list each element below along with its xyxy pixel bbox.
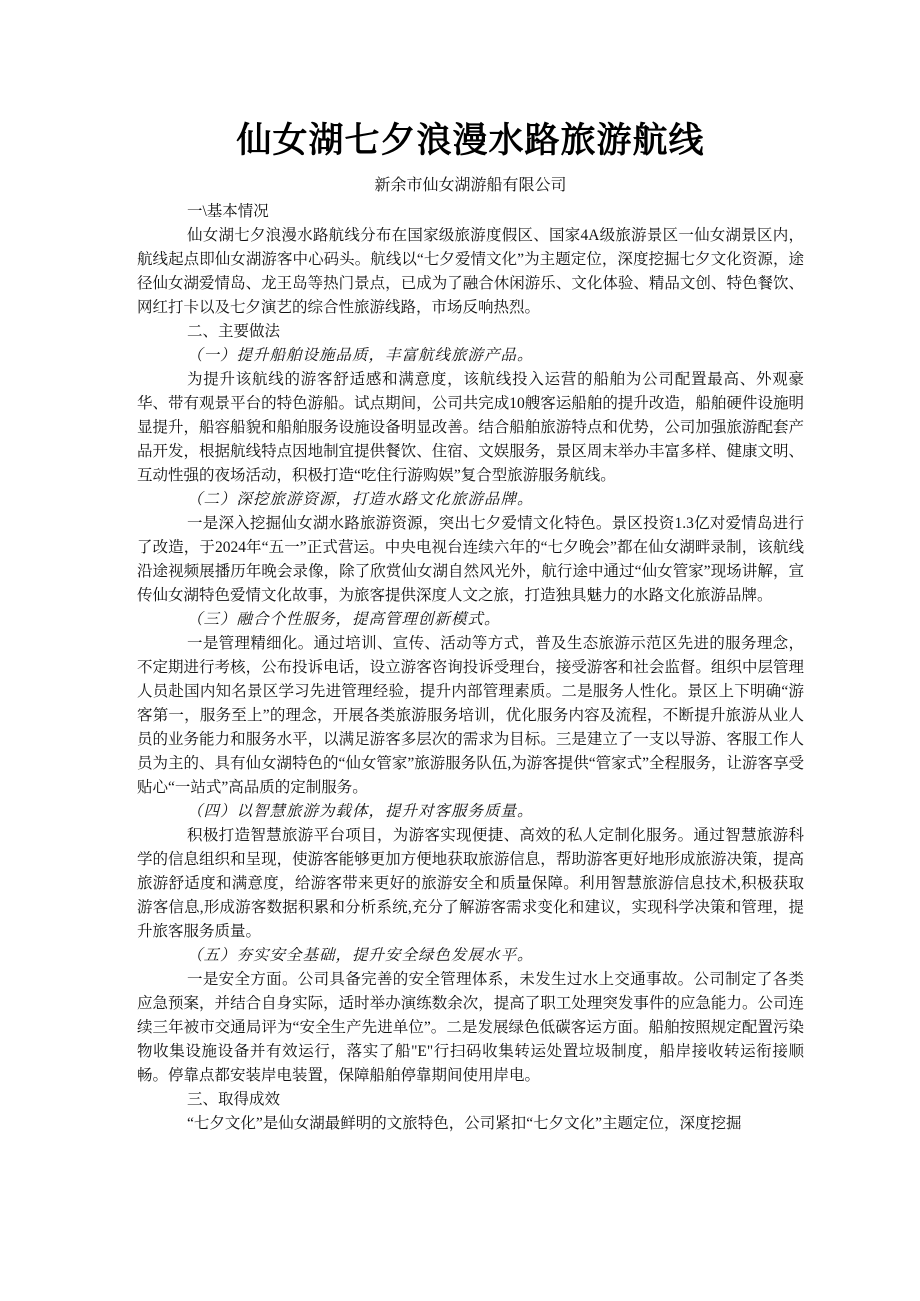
subheading-4-smart-tourism: （四）以智慧旅游为载体，提升对客服务质量。 [137,800,804,824]
paragraph-personal-service: 一是管理精细化。通过培训、宣传、活动等方式，普及生态旅游示范区先进的服务理念，不… [137,632,804,800]
section-heading-main-practices: 二、主要做法 [137,320,804,344]
document-title: 仙女湖七夕浪漫水路旅游航线 [137,118,804,164]
document-page: 仙女湖七夕浪漫水路旅游航线 新余市仙女湖游船有限公司 一\基本情况 仙女湖七夕浪… [0,0,920,1301]
section-heading-achievements: 三、取得成效 [137,1088,804,1112]
paragraph-tourism-resources: 一是深入挖掘仙女湖水路旅游资源，突出七夕爱情文化特色。景区投资1.3亿对爱情岛进… [137,512,804,608]
section-heading-basic-info: 一\基本情况 [137,200,804,224]
paragraph-smart-tourism: 积极打造智慧旅游平台项目，为游客实现便捷、高效的私人定制化服务。通过智慧旅游科学… [137,824,804,944]
paragraph-ship-facilities: 为提升该航线的游客舒适感和满意度，该航线投入运营的船舶为公司配置最高、外观豪华、… [137,368,804,488]
subheading-2-tourism-resources: （二）深挖旅游资源，打造水路文化旅游品牌。 [137,488,804,512]
paragraph-achievements: “七夕文化”是仙女湖最鲜明的文旅特色，公司紧扣“七夕文化”主题定位，深度挖掘 [137,1112,804,1136]
subheading-1-ship-facilities: （一）提升船舶设施品质，丰富航线旅游产品。 [137,344,804,368]
subheading-3-personal-service: （三）融合个性服务，提高管理创新模式。 [137,608,804,632]
paragraph-safety-foundation: 一是安全方面。公司具备完善的安全管理体系，未发生过水上交通事故。公司制定了各类应… [137,968,804,1088]
paragraph-basic-info: 仙女湖七夕浪漫水路航线分布在国家级旅游度假区、国家4A级旅游景区一仙女湖景区内，… [137,224,804,320]
document-author: 新余市仙女湖游船有限公司 [137,174,804,198]
document-body: 一\基本情况 仙女湖七夕浪漫水路航线分布在国家级旅游度假区、国家4A级旅游景区一… [137,200,804,1136]
subheading-5-safety-foundation: （五）夯实安全基础，提升安全绿色发展水平。 [137,944,804,968]
